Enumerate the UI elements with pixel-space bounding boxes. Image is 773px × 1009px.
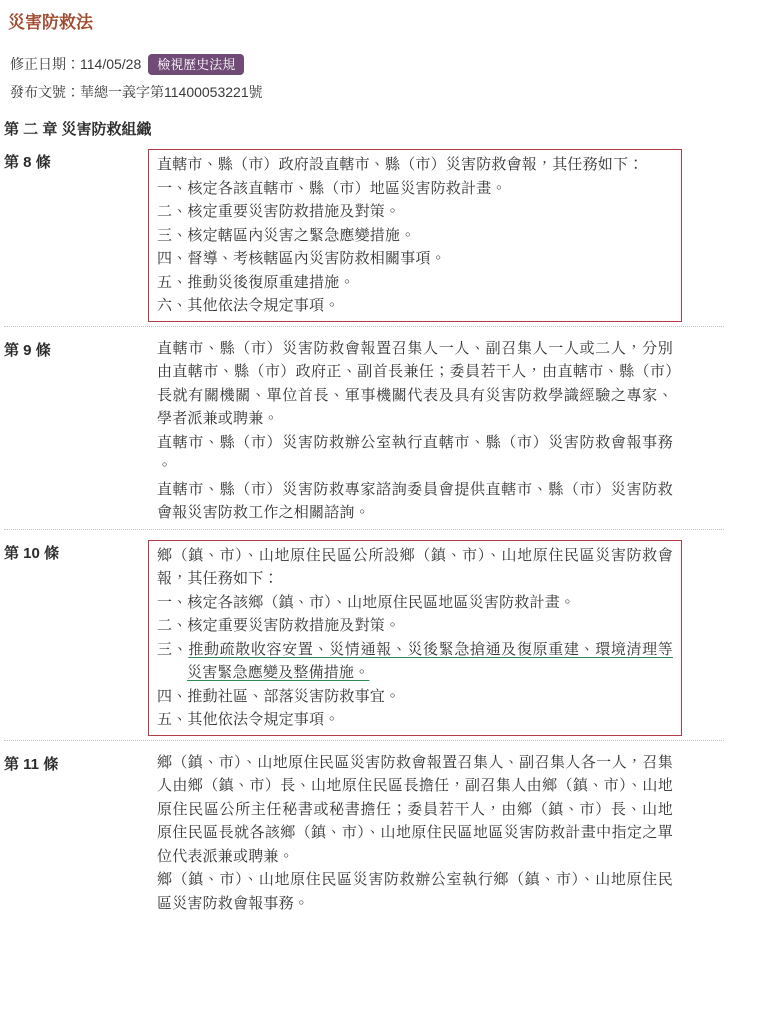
article-paragraph: 鄉（鎮、市）、山地原住民區災害防救會報置召集人、副召集人各一人，召集人由鄉（鎮、… [157, 751, 673, 869]
article-item: 六、其他依法令規定事項。 [157, 294, 673, 318]
announce-number-row: 發布文號：華總一義字第11400053221號 [10, 82, 773, 103]
article-row-8: 第 8 條 直轄市、縣（市）政府設直轄市、縣（市）災害防救會報，其任務如下： 一… [4, 149, 773, 322]
chapter-heading: 第 二 章 災害防救組織 [4, 120, 773, 139]
article-paragraph: 直轄市、縣（市）政府設直轄市、縣（市）災害防救會報，其任務如下： [157, 153, 673, 177]
article-paragraph: 鄉（鎮、市）、山地原住民區公所設鄉（鎮、市）、山地原住民區災害防救會報，其任務如… [157, 544, 673, 591]
article-item-amended: 三、推動疏散收容安置、災情通報、災後緊急搶通及復原重建、環境清理等災害緊急應變及… [157, 638, 673, 685]
amended-underlined-text: 推動疏散收容安置、災情通報、災後緊急搶通及復原重建、環境清理等災害緊急應變及整備… [187, 641, 673, 682]
article-content-9: 直轄市、縣（市）災害防救會報置召集人一人、副召集人一人或二人，分別由直轄市、縣（… [148, 337, 682, 525]
article-separator [4, 326, 724, 327]
article-item: 一、核定各該鄉（鎮、市）、山地原住民區地區災害防救計畫。 [157, 591, 673, 615]
article-item: 五、其他依法令規定事項。 [157, 708, 673, 732]
announce-number-label: 發布文號： [10, 82, 80, 103]
article-item: 一、核定各該直轄市、縣（市）地區災害防救計畫。 [157, 177, 673, 201]
article-paragraph: 直轄市、縣（市）災害防救辦公室執行直轄市、縣（市）災害防救會報事務。 [157, 431, 673, 478]
article-row-9: 第 9 條 直轄市、縣（市）災害防救會報置召集人一人、副召集人一人或二人，分別由… [4, 337, 773, 525]
announce-number-value: 華總一義字第11400053221號 [80, 82, 263, 103]
article-paragraph: 鄉（鎮、市）、山地原住民區災害防救辦公室執行鄉（鎮、市）、山地原住民區災害防救會… [157, 868, 673, 915]
article-item: 三、核定轄區內災害之緊急應變措施。 [157, 224, 673, 248]
revision-date-label: 修正日期： [10, 54, 80, 75]
article-item: 五、推動災後復原重建措施。 [157, 271, 673, 295]
article-separator [4, 529, 724, 530]
article-content-11: 鄉（鎮、市）、山地原住民區災害防救會報置召集人、副召集人各一人，召集人由鄉（鎮、… [148, 751, 682, 916]
article-row-10: 第 10 條 鄉（鎮、市）、山地原住民區公所設鄉（鎮、市）、山地原住民區災害防救… [4, 540, 773, 736]
revision-date-value: 114/05/28 [80, 54, 141, 75]
article-separator [4, 740, 724, 741]
article-item: 四、督導、考核轄區內災害防救相關事項。 [157, 247, 673, 271]
article-paragraph: 直轄市、縣（市）災害防救專家諮詢委員會提供直轄市、縣（市）災害防救會報災害防救工… [157, 478, 673, 525]
article-number-8: 第 8 條 [4, 149, 148, 175]
article-item: 四、推動社區、部落災害防救事宜。 [157, 685, 673, 709]
law-title: 災害防救法 [8, 12, 773, 34]
view-history-law-button[interactable]: 檢視歷史法規 [148, 54, 244, 75]
article-content-box-8: 直轄市、縣（市）政府設直轄市、縣（市）災害防救會報，其任務如下： 一、核定各該直… [148, 149, 682, 322]
revision-date-row: 修正日期：114/05/28 檢視歷史法規 [10, 54, 773, 75]
article-number-11: 第 11 條 [4, 751, 148, 777]
article-paragraph: 直轄市、縣（市）災害防救會報置召集人一人、副召集人一人或二人，分別由直轄市、縣（… [157, 337, 673, 431]
article-item: 二、核定重要災害防救措施及對策。 [157, 200, 673, 224]
law-page: 災害防救法 修正日期：114/05/28 檢視歷史法規 發布文號：華總一義字第1… [0, 0, 773, 1009]
article-row-11: 第 11 條 鄉（鎮、市）、山地原住民區災害防救會報置召集人、副召集人各一人，召… [4, 751, 773, 916]
article-number-9: 第 9 條 [4, 337, 148, 363]
article-content-box-10: 鄉（鎮、市）、山地原住民區公所設鄉（鎮、市）、山地原住民區災害防救會報，其任務如… [148, 540, 682, 736]
article-item-prefix: 三、 [157, 641, 188, 658]
article-item: 二、核定重要災害防救措施及對策。 [157, 614, 673, 638]
article-number-10: 第 10 條 [4, 540, 148, 566]
